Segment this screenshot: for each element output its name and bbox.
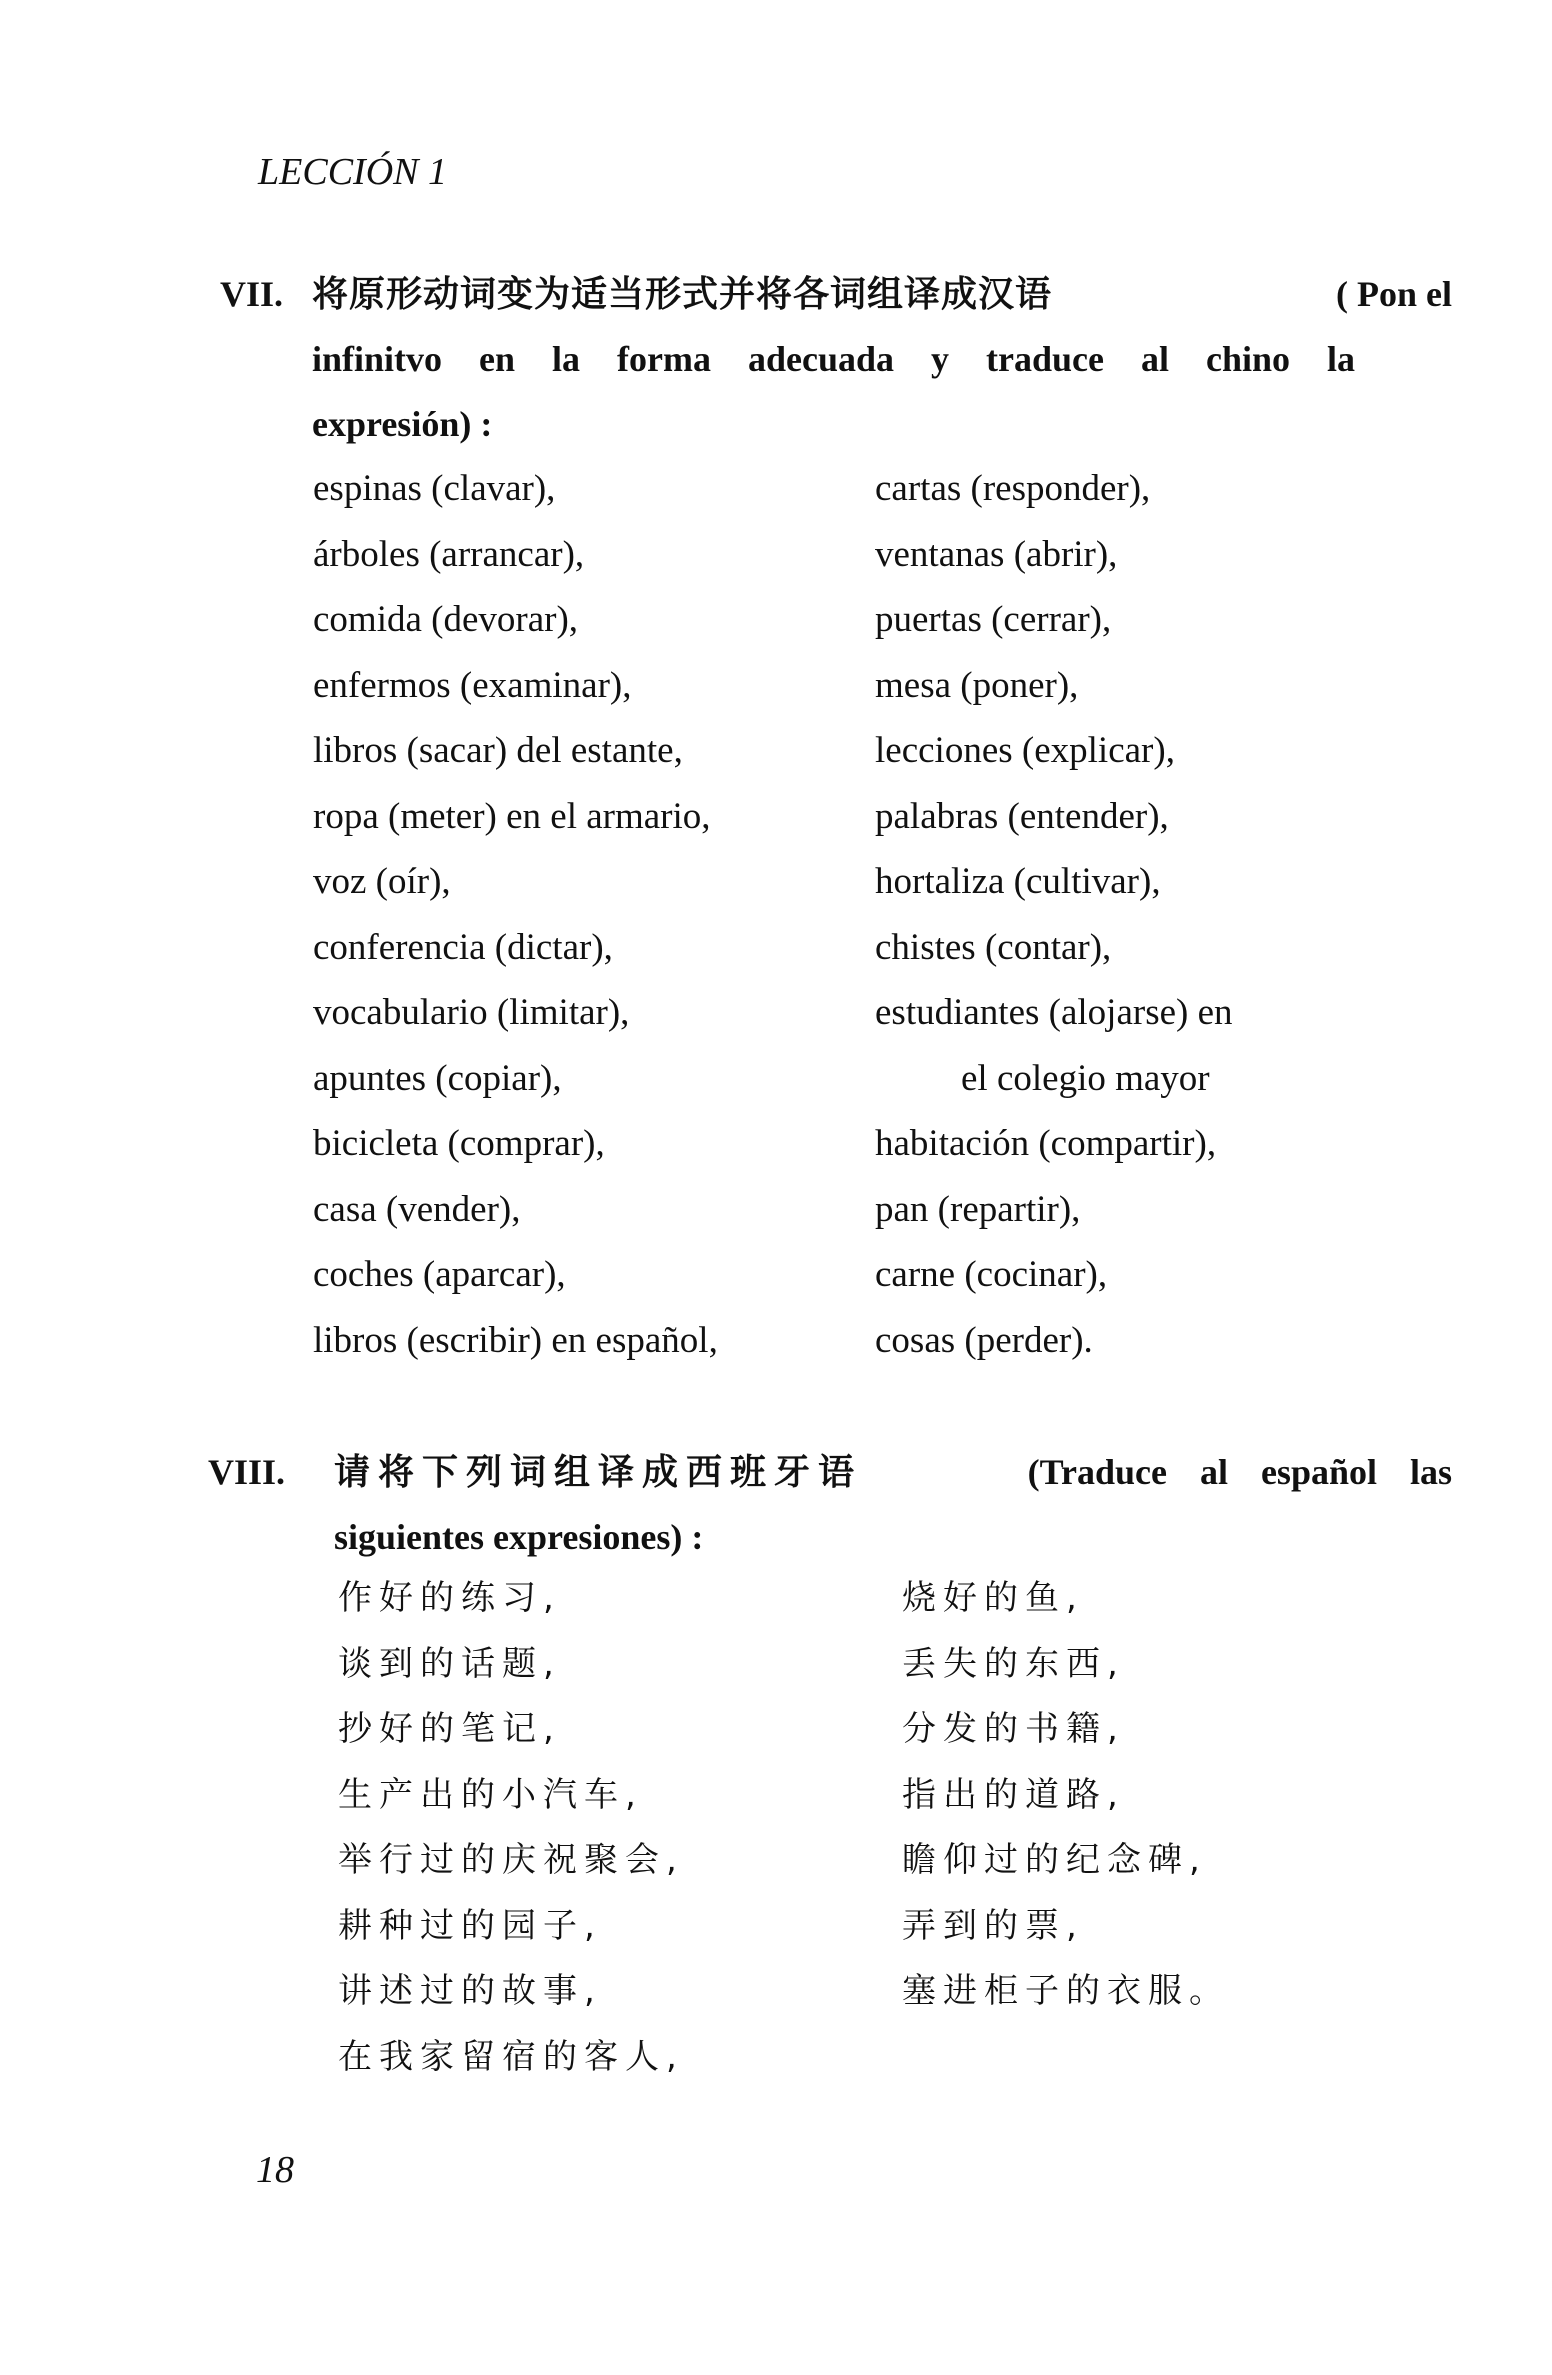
list-item: ventanas (abrir),: [875, 522, 1233, 588]
list-item: 耕种过的园子,: [338, 1894, 684, 1960]
list-item: 分发的书籍,: [902, 1697, 1230, 1763]
list-item: pan (repartir),: [875, 1177, 1233, 1243]
list-item: hortaliza (cultivar),: [875, 849, 1233, 915]
textbook-page: LECCIÓN 1 VII. 将原形动词变为适当形式并将各词组译成汉语 ( Po…: [0, 0, 1552, 2375]
exercise-viii-number: VIII.: [208, 1440, 285, 1505]
list-item: puertas (cerrar),: [875, 587, 1233, 653]
list-item: 丢失的东西,: [902, 1632, 1230, 1698]
running-head: LECCIÓN 1: [258, 150, 447, 194]
list-item: 塞进柜子的衣服。: [902, 1959, 1230, 2025]
list-item: 举行过的庆祝聚会,: [338, 1828, 684, 1894]
list-item: ropa (meter) en el armario,: [313, 784, 718, 850]
exercise-vii-heading: VII. 将原形动词变为适当形式并将各词组译成汉语 ( Pon el infin…: [220, 262, 1452, 462]
exercise-viii-instruction-zh: 请将下列词组译成西班牙语: [334, 1440, 862, 1505]
list-item: 在我家留宿的客人,: [338, 2025, 684, 2091]
exercise-viii-right-column: 烧好的鱼, 丢失的东西, 分发的书籍, 指出的道路, 瞻仰过的纪念碑, 弄到的票…: [902, 1566, 1230, 2025]
exercise-vii-instruction: 将原形动词变为适当形式并将各词组译成汉语 ( Pon el infinitvo …: [312, 262, 1452, 457]
exercise-vii-right-column: cartas (responder), ventanas (abrir), pu…: [875, 456, 1233, 1373]
list-item: lecciones (explicar),: [875, 718, 1233, 784]
list-item: habitación (compartir),: [875, 1111, 1233, 1177]
list-item: 讲述过的故事,: [338, 1959, 684, 2025]
list-item: cartas (responder),: [875, 456, 1233, 522]
list-item: libros (sacar) del estante,: [313, 718, 718, 784]
list-item: vocabulario (limitar),: [313, 980, 718, 1046]
exercise-viii-instruction-es-1: (Traduce al español las: [1028, 1440, 1452, 1505]
list-item: bicicleta (comprar),: [313, 1111, 718, 1177]
list-item-continuation: el colegio mayor: [875, 1046, 1233, 1112]
list-item: cosas (perder).: [875, 1308, 1233, 1374]
list-item: palabras (entender),: [875, 784, 1233, 850]
list-item: 作好的练习,: [338, 1566, 684, 1632]
list-item: 瞻仰过的纪念碑,: [902, 1828, 1230, 1894]
exercise-vii-instruction-es-2: infinitvo en la forma adecuada y traduce…: [312, 327, 1452, 392]
list-item: árboles (arrancar),: [313, 522, 718, 588]
list-item: 谈到的话题,: [338, 1632, 684, 1698]
list-item: enfermos (examinar),: [313, 653, 718, 719]
list-item: libros (escribir) en español,: [313, 1308, 718, 1374]
exercise-viii-left-column: 作好的练习, 谈到的话题, 抄好的笔记, 生产出的小汽车, 举行过的庆祝聚会, …: [338, 1566, 684, 2090]
list-item: chistes (contar),: [875, 915, 1233, 981]
exercise-vii-left-column: espinas (clavar), árboles (arrancar), co…: [313, 456, 718, 1373]
exercise-vii-instruction-zh: 将原形动词变为适当形式并将各词组译成汉语: [312, 262, 1052, 327]
list-item: voz (oír),: [313, 849, 718, 915]
list-item: estudiantes (alojarse) en: [875, 980, 1233, 1046]
list-item: conferencia (dictar),: [313, 915, 718, 981]
list-item: apuntes (copiar),: [313, 1046, 718, 1112]
list-item: 抄好的笔记,: [338, 1697, 684, 1763]
exercise-viii-heading: VIII. 请将下列词组译成西班牙语 (Traduce al español l…: [208, 1440, 1452, 1575]
exercise-vii-instruction-es-3: expresión) :: [312, 392, 1452, 457]
list-item: 烧好的鱼,: [902, 1566, 1230, 1632]
exercise-viii-instruction: 请将下列词组译成西班牙语 (Traduce al español las sig…: [334, 1440, 1452, 1570]
list-item: 指出的道路,: [902, 1763, 1230, 1829]
list-item: coches (aparcar),: [313, 1242, 718, 1308]
list-item: mesa (poner),: [875, 653, 1233, 719]
list-item: espinas (clavar),: [313, 456, 718, 522]
exercise-viii-instruction-es-2: siguientes expresiones) :: [334, 1505, 1452, 1570]
list-item: carne (cocinar),: [875, 1242, 1233, 1308]
page-number: 18: [256, 2148, 294, 2192]
exercise-vii-instruction-es-1: ( Pon el: [1336, 262, 1452, 327]
list-item: 生产出的小汽车,: [338, 1763, 684, 1829]
list-item: comida (devorar),: [313, 587, 718, 653]
list-item: 弄到的票,: [902, 1894, 1230, 1960]
list-item: casa (vender),: [313, 1177, 718, 1243]
exercise-vii-number: VII.: [220, 262, 283, 327]
